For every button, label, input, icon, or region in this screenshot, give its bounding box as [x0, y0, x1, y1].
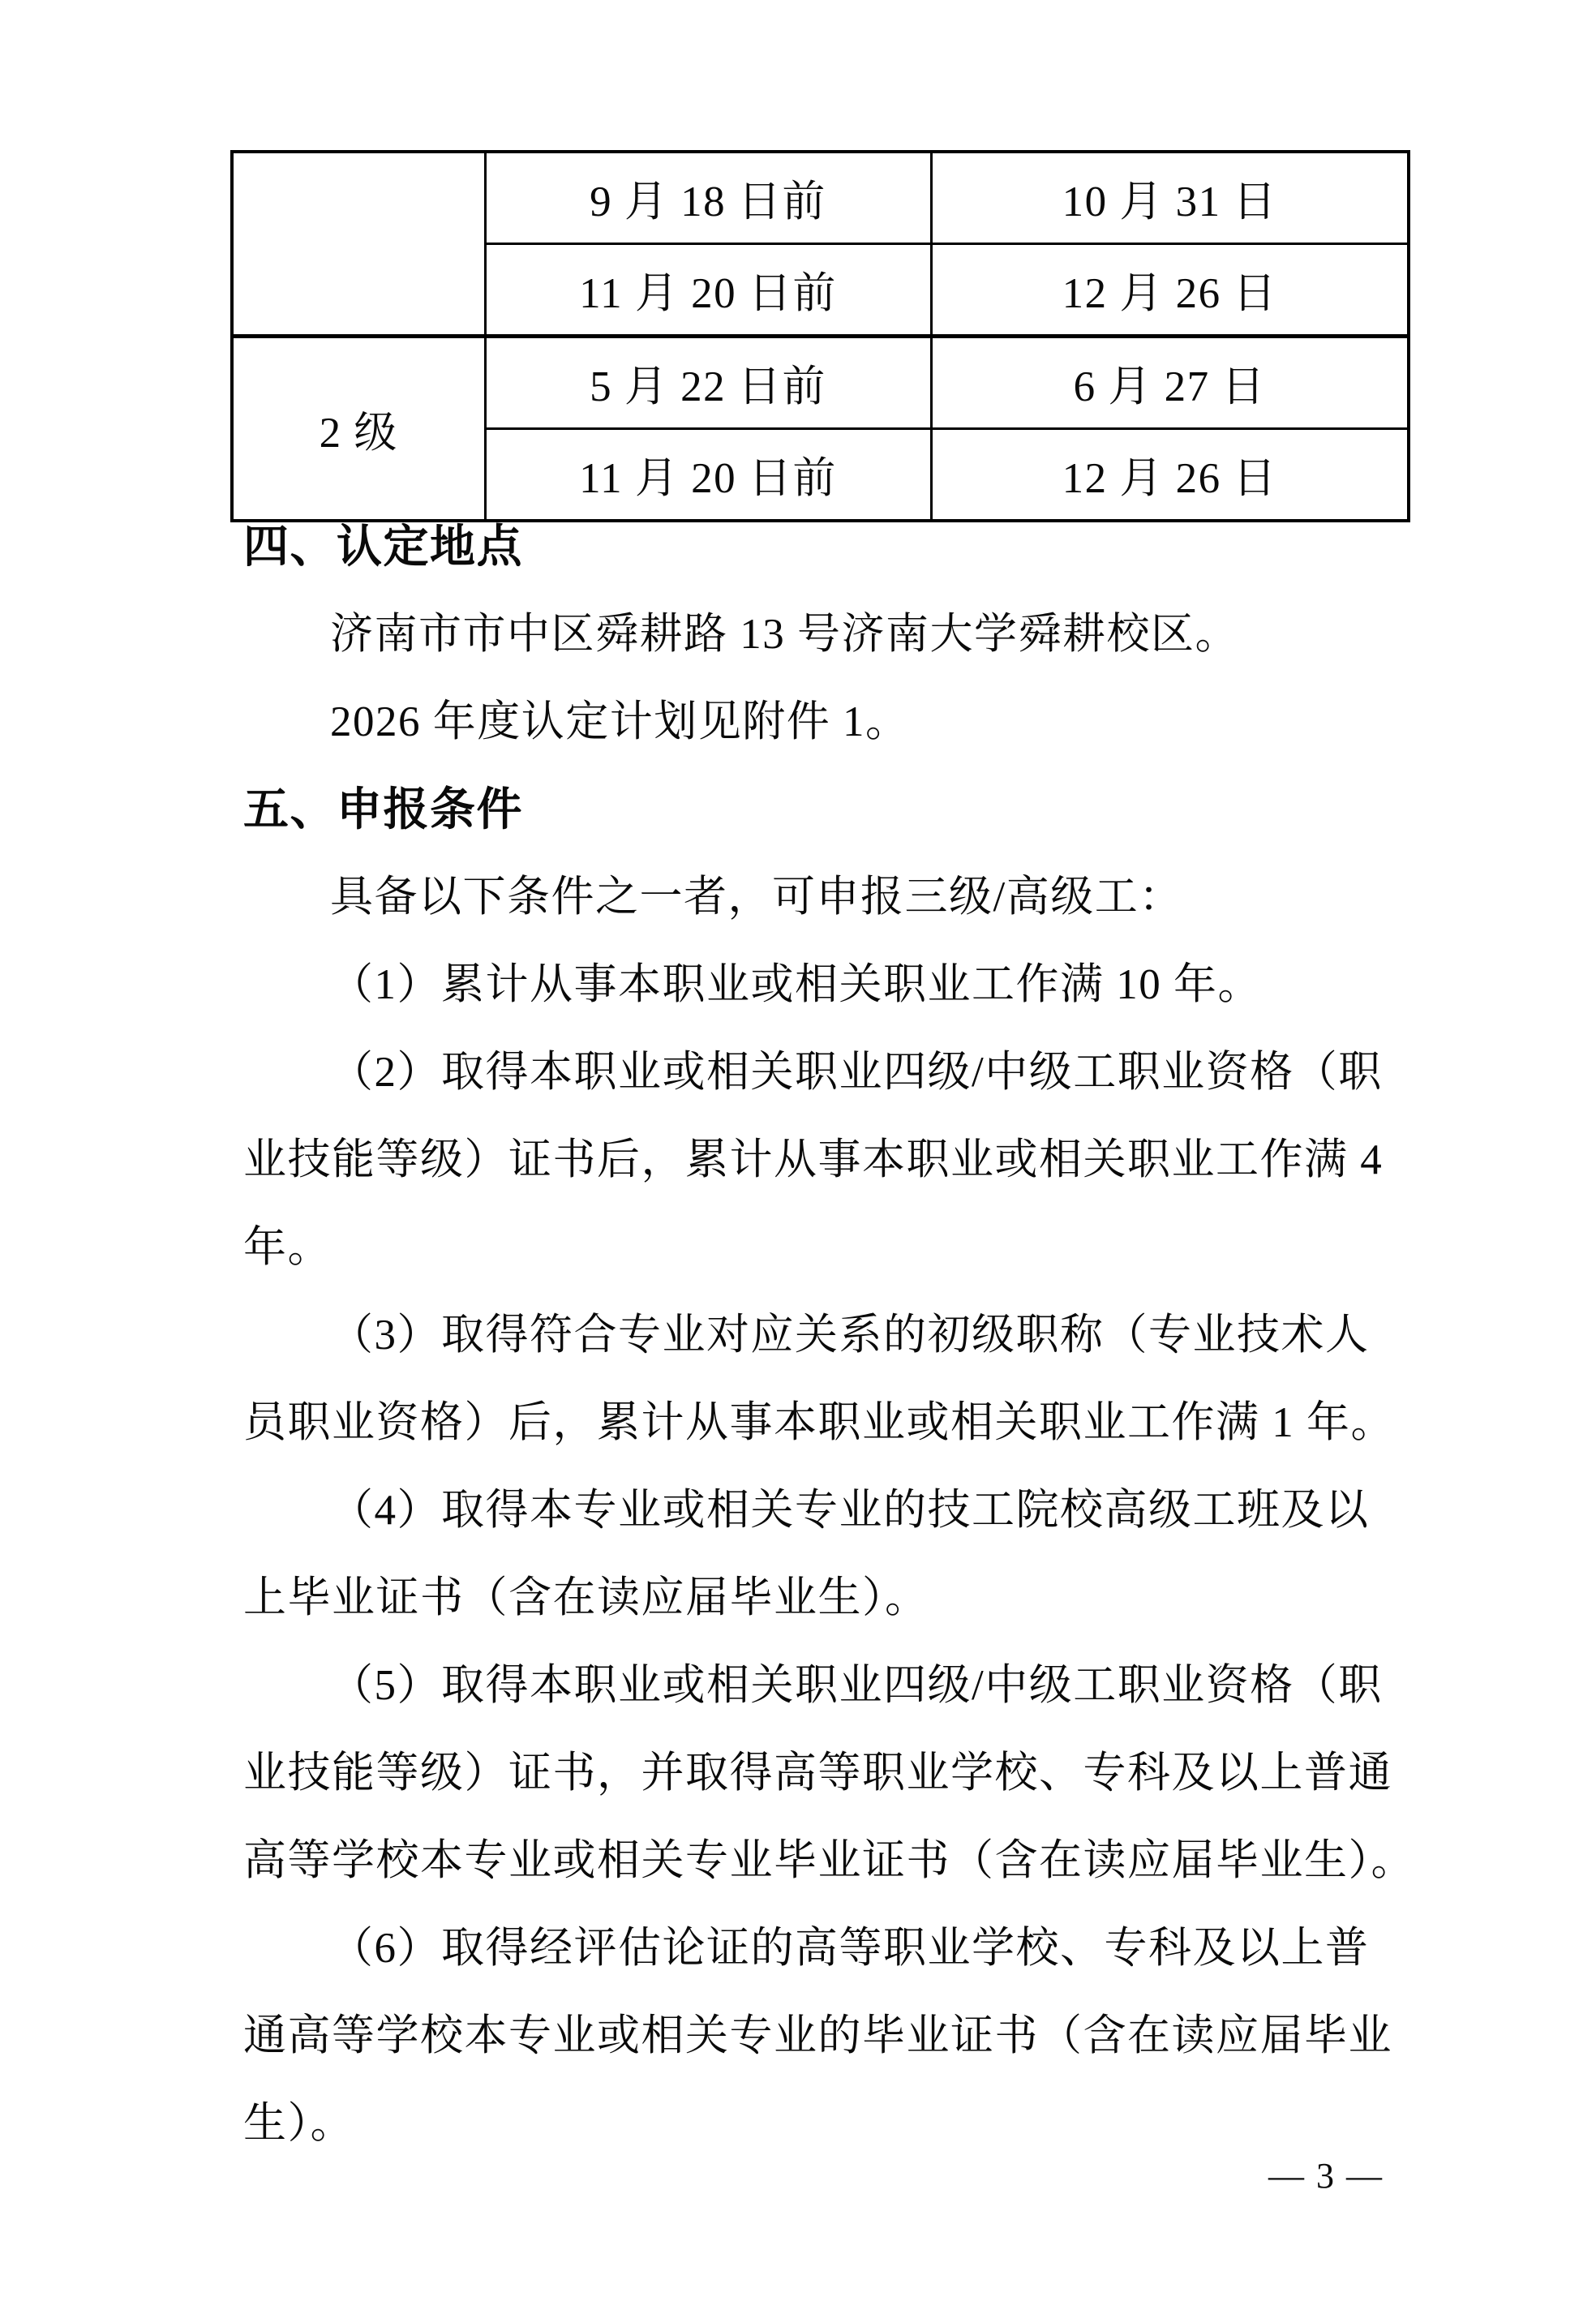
condition-6-line: 生）。 [243, 2080, 1411, 2167]
condition-5-line: 高等学校本专业或相关专业毕业证书（含在读应届毕业生）。 [243, 1817, 1411, 1904]
condition-3-line: （3）取得符合专业对应关系的初级职称（专业技术人 [243, 1291, 1411, 1379]
apply-deadline-cell: 11 月 20 日前 [485, 244, 931, 337]
section4-paragraph-location: 济南市市中区舜耕路 13 号济南大学舜耕校区。 [243, 590, 1411, 678]
condition-2-line: （2）取得本职业或相关职业四级/中级工职业资格（职 [243, 1028, 1411, 1116]
document-body: 四、认定地点 济南市市中区舜耕路 13 号济南大学舜耕校区。 2026 年度认定… [243, 503, 1411, 2167]
condition-4-line: （4）取得本专业或相关专业的技工院校高级工班及以 [243, 1466, 1411, 1554]
table-row: 2 级 5 月 22 日前 6 月 27 日 [232, 337, 1409, 429]
table-row: 9 月 18 日前 10 月 31 日 [232, 152, 1409, 244]
page-number: — 3 — [1253, 2148, 1399, 2205]
section4-heading: 四、认定地点 [243, 503, 1411, 590]
assessment-date-cell: 10 月 31 日 [931, 152, 1409, 244]
assessment-schedule-table: 9 月 18 日前 10 月 31 日 11 月 20 日前 12 月 26 日… [230, 150, 1410, 522]
condition-2-line: 业技能等级）证书后，累计从事本职业或相关职业工作满 4 [243, 1116, 1411, 1204]
assessment-date-cell: 12 月 26 日 [931, 244, 1409, 337]
condition-5-line: 业技能等级）证书，并取得高等职业学校、专科及以上普通 [243, 1729, 1411, 1817]
condition-6-line: 通高等学校本专业或相关专业的毕业证书（含在读应届毕业 [243, 1992, 1411, 2080]
condition-5-line: （5）取得本职业或相关职业四级/中级工职业资格（职 [243, 1642, 1411, 1729]
section5-heading: 五、申报条件 [243, 766, 1411, 853]
condition-3-line: 员职业资格）后，累计从事本职业或相关职业工作满 1 年。 [243, 1379, 1411, 1466]
section4-paragraph-plan: 2026 年度认定计划见附件 1。 [243, 678, 1411, 766]
section5-intro: 具备以下条件之一者，可申报三级/高级工： [243, 853, 1411, 941]
level-cell [232, 152, 485, 337]
condition-1-line: （1）累计从事本职业或相关职业工作满 10 年。 [243, 941, 1411, 1028]
condition-2-line: 年。 [243, 1204, 1411, 1291]
assessment-date-cell: 6 月 27 日 [931, 337, 1409, 429]
apply-deadline-cell: 9 月 18 日前 [485, 152, 931, 244]
condition-6-line: （6）取得经评估论证的高等职业学校、专科及以上普 [243, 1904, 1411, 1992]
condition-4-line: 上毕业证书（含在读应届毕业生）。 [243, 1554, 1411, 1642]
apply-deadline-cell: 5 月 22 日前 [485, 337, 931, 429]
level-cell: 2 级 [232, 337, 485, 522]
